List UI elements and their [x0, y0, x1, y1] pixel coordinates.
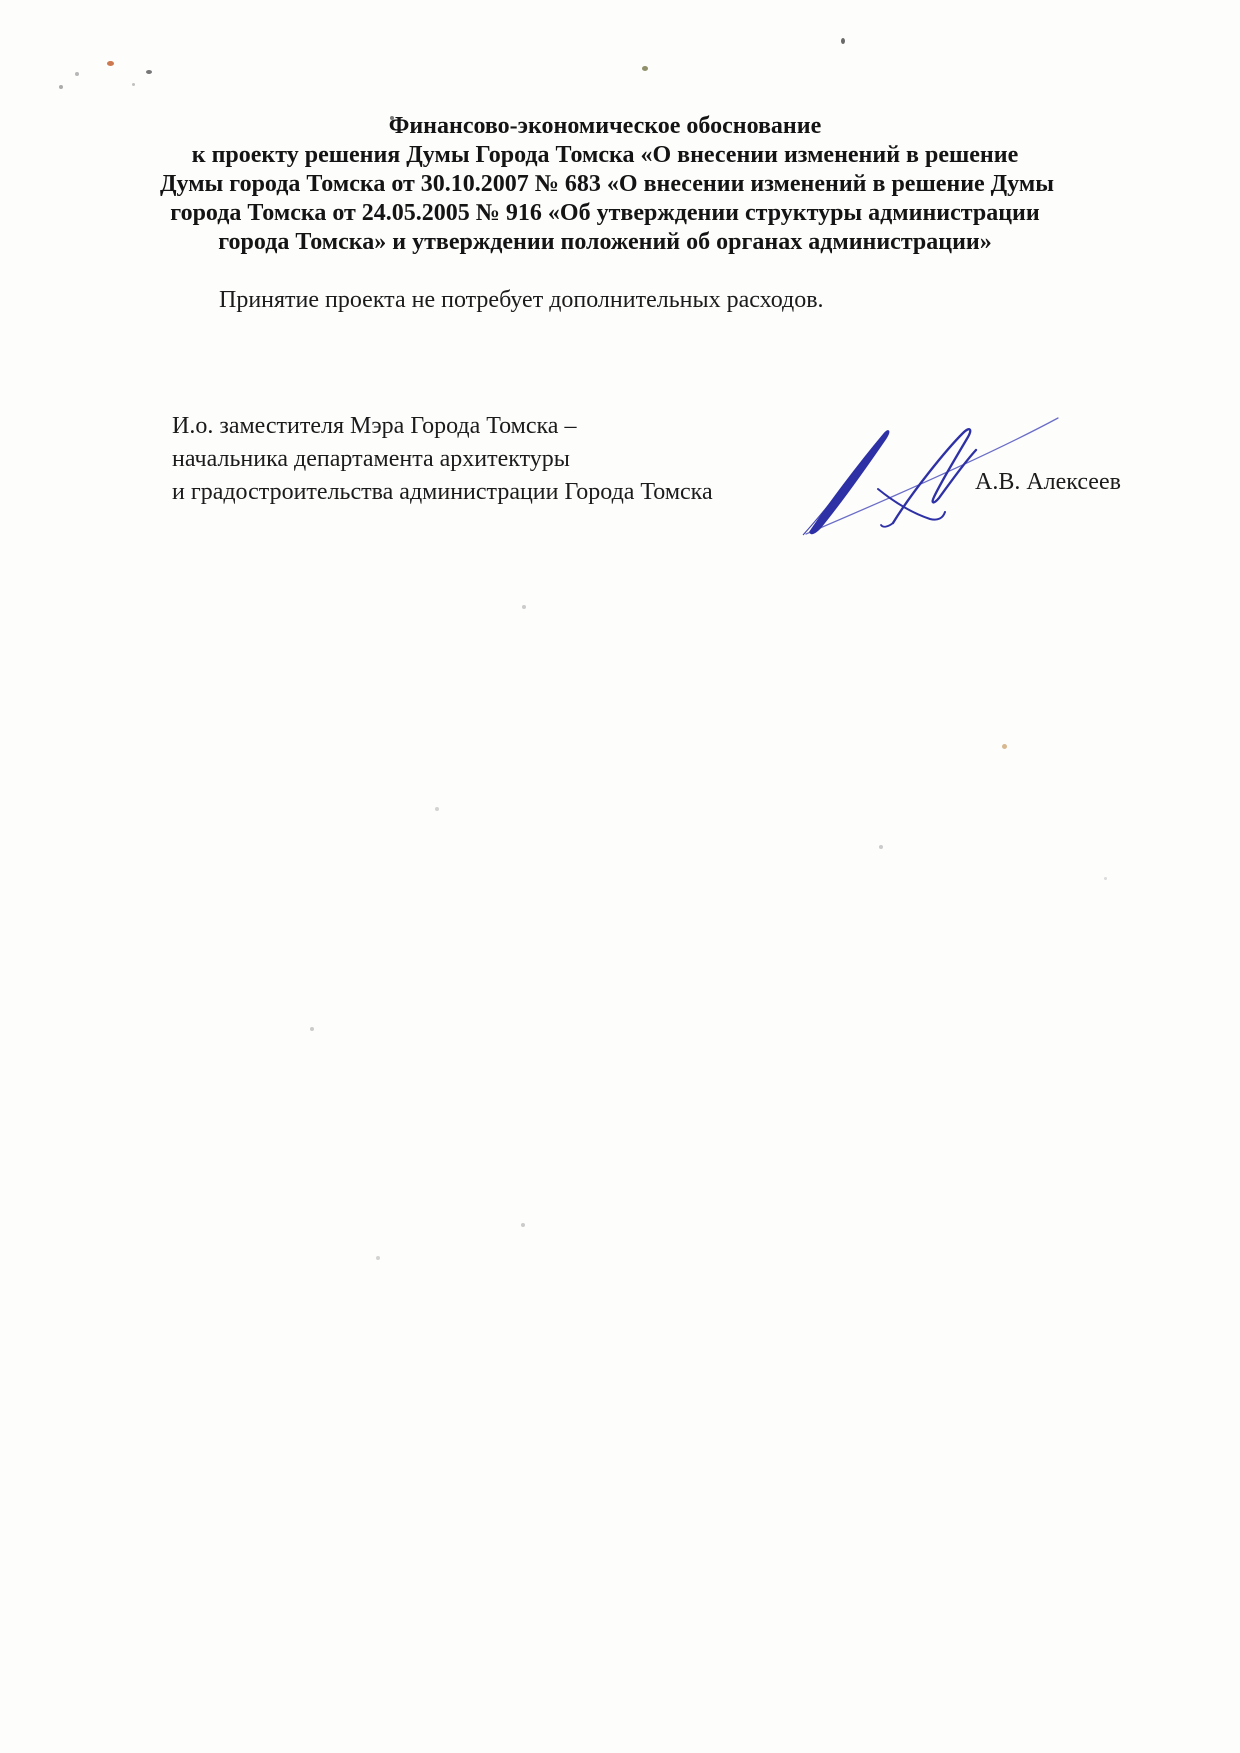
scan-speck: [642, 66, 648, 71]
signatory-position-line-2: начальника департамента архитектуры: [172, 443, 792, 476]
scan-speck: [1002, 744, 1007, 749]
title-line-2: к проекту решения Думы Города Томска «О …: [160, 141, 1050, 170]
title-line-5: города Томска» и утверждении положений о…: [160, 228, 1050, 257]
title-line-1: Финансово-экономическое обоснование: [160, 112, 1050, 141]
scan-speck: [75, 72, 79, 76]
scan-speck: [132, 83, 135, 86]
title-line-4: города Томска от 24.05.2005 № 916 «Об ут…: [160, 199, 1050, 228]
scan-speck: [522, 605, 526, 609]
scan-speck: [146, 70, 152, 74]
body-paragraph: Принятие проекта не потребует дополнител…: [172, 285, 1042, 315]
handwritten-signature: [760, 380, 1100, 550]
signatory-position: И.о. заместителя Мэра Города Томска – на…: [172, 410, 792, 509]
scan-speck: [435, 807, 439, 811]
scan-speck: [376, 1256, 380, 1260]
scanned-document-page: Финансово-экономическое обоснование к пр…: [0, 0, 1240, 1753]
title-line-3: Думы города Томска от 30.10.2007 № 683 «…: [160, 170, 1050, 199]
signatory-position-line-1: И.о. заместителя Мэра Города Томска –: [172, 410, 792, 443]
scan-speck: [59, 85, 63, 89]
scan-speck: [879, 845, 883, 849]
scan-speck: [521, 1223, 525, 1227]
document-title: Финансово-экономическое обоснование к пр…: [160, 112, 1050, 257]
signatory-name: А.В. Алексеев: [975, 469, 1121, 496]
signatory-position-line-3: и градостроительства администрации Город…: [172, 476, 792, 509]
scan-speck: [1104, 877, 1107, 880]
scan-speck: [310, 1027, 314, 1031]
scan-speck: [107, 61, 114, 66]
scan-speck: [841, 38, 845, 44]
